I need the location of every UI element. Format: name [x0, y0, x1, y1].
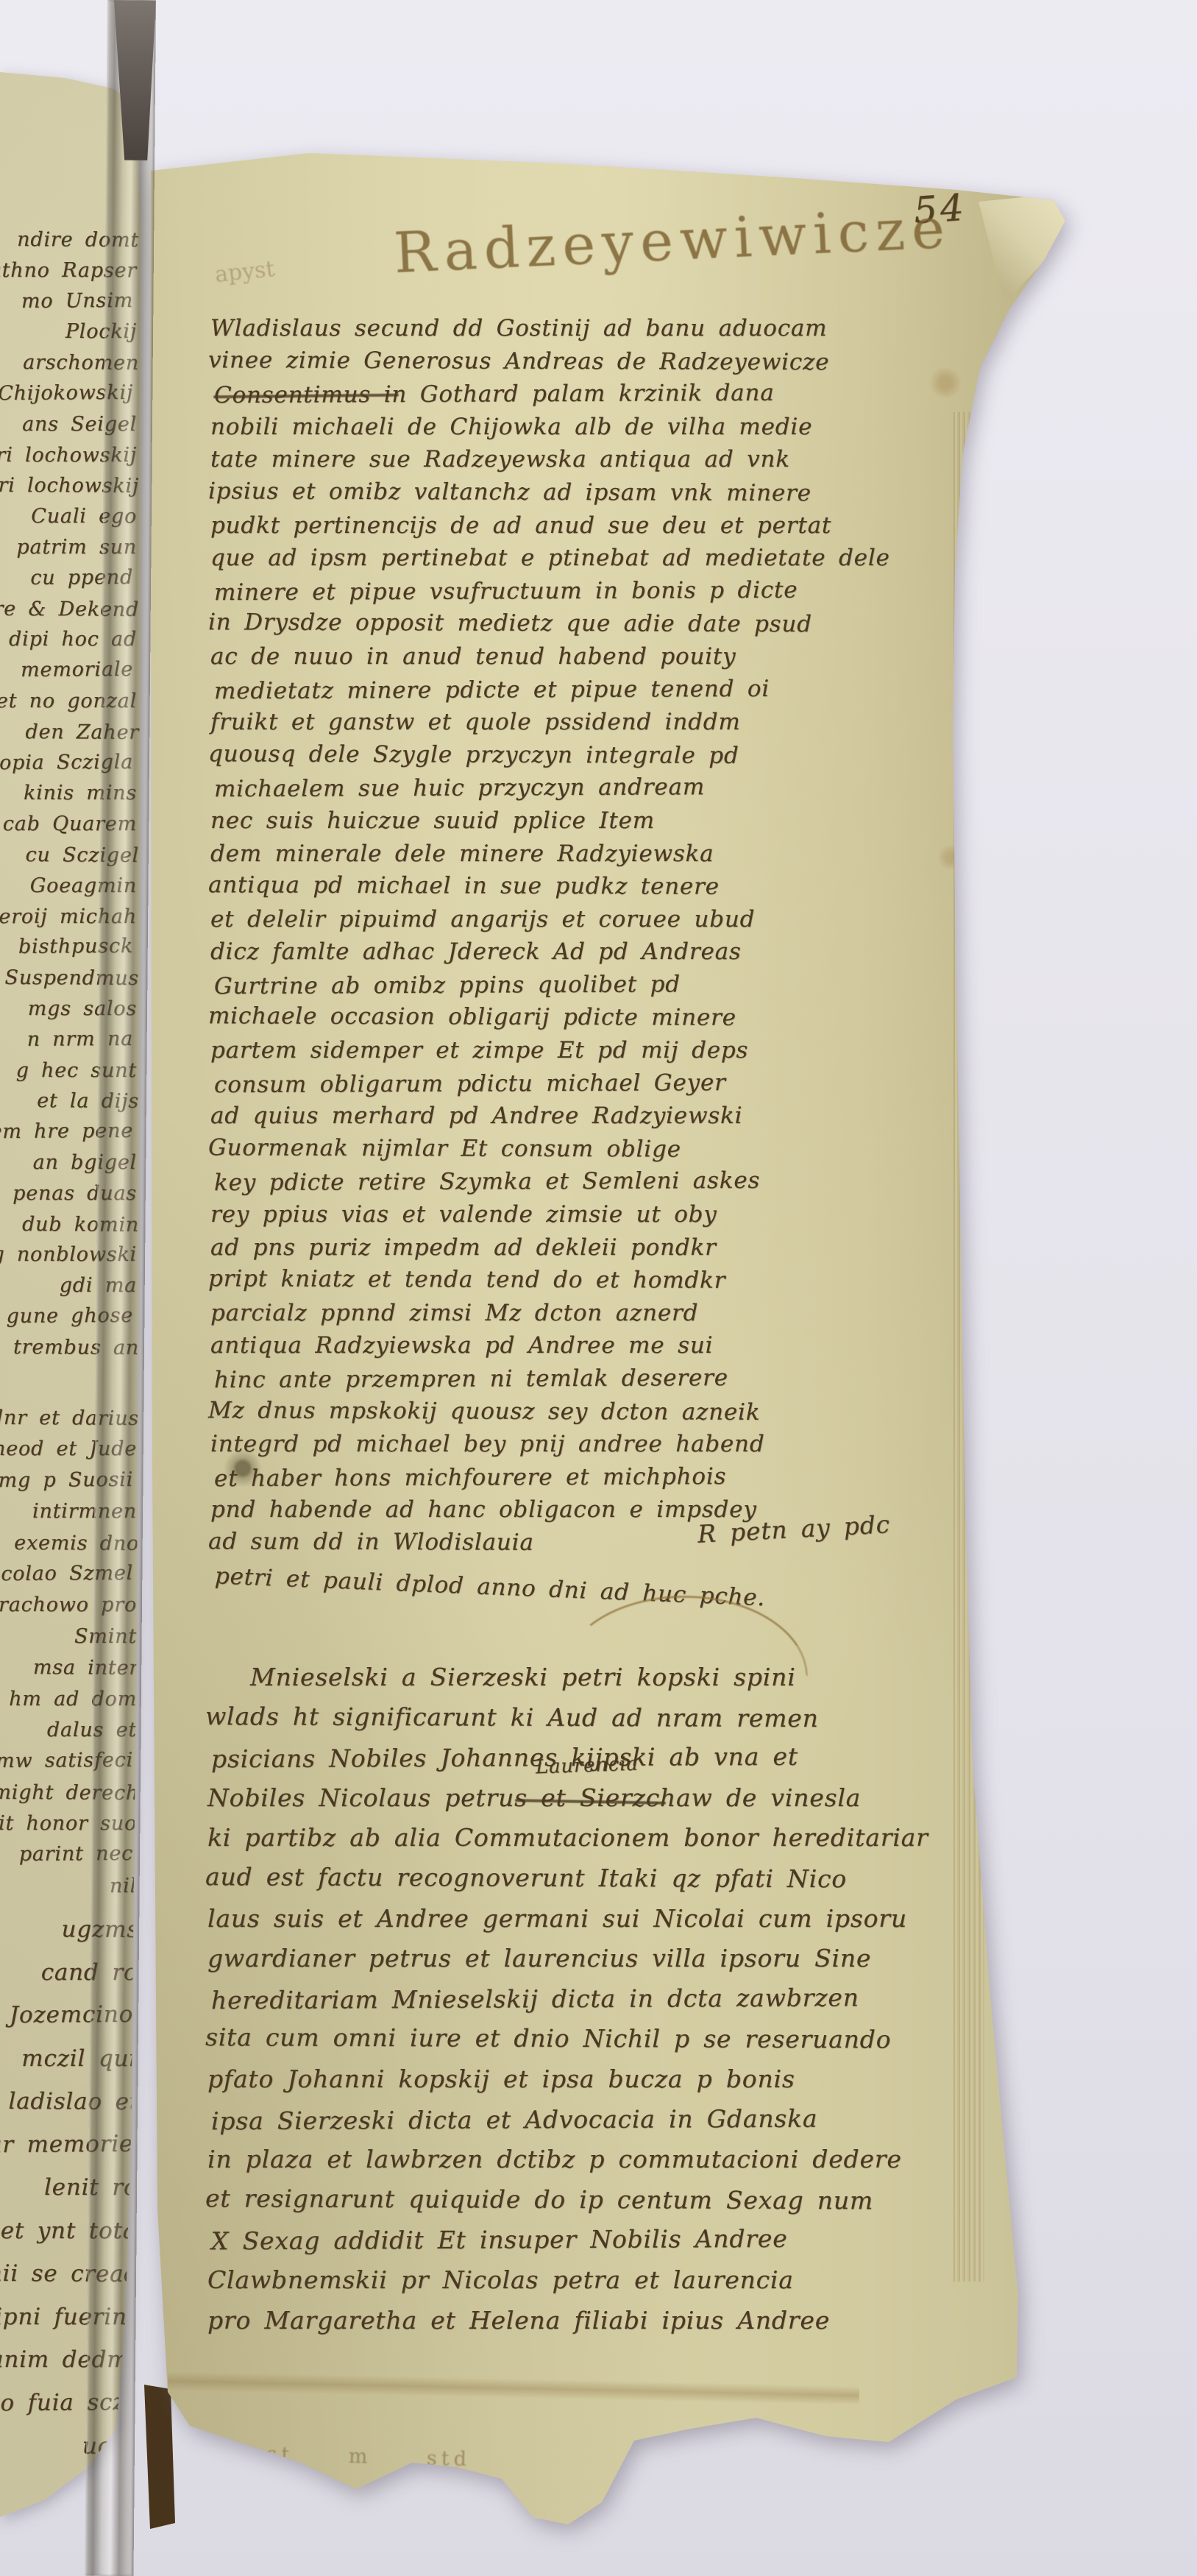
manuscript-text-line: minere et pipue vsufructuum in bonis p d…: [214, 573, 935, 609]
page-fold-crease: [168, 2371, 859, 2405]
section-heading: Radzeyewiwicze: [392, 195, 952, 286]
interlinear-insertion: Laurencia: [536, 1753, 639, 1779]
glass-rod-top-cap: [109, 0, 156, 160]
manuscript-text-line: laus suis et Andree germani sui Nicolai …: [207, 1899, 973, 1939]
manuscript-text-line: consum obligarum pdictu michael Geyer: [214, 1066, 935, 1102]
main-page-wrapper: 54 Radzeyewiwicze apyst Wladislaus secun…: [0, 0, 1197, 2576]
manuscript-text-line: hinc ante przempren ni temlak deserere: [214, 1361, 935, 1397]
paragraph-1: Wladislaus secund dd Gostinij ad banu ad…: [210, 312, 931, 1592]
manuscript-text-line: ad pns puriz impedm ad dekleii pondkr: [210, 1231, 931, 1264]
manuscript-text-line: que ad ipsm pertinebat e ptinebat ad med…: [210, 542, 931, 575]
manuscript-text-line: pro Margaretha et Helena filiabi ipius A…: [207, 2301, 973, 2341]
manuscript-text-line: michaele occasion obligarij pdicte miner…: [208, 1000, 929, 1036]
manuscript-text-line: medietatz minere pdicte et pipue tenend …: [214, 671, 935, 707]
manuscript-text-line: ipsa Sierzeski dicta et Advocacia in Gda…: [211, 2098, 976, 2141]
manuscript-page: 54 Radzeyewiwicze apyst Wladislaus secun…: [0, 0, 1197, 2576]
manuscript-text-line: et haber hons michfourere et michphois: [214, 1459, 935, 1496]
manuscript-text-line: Mnieselski a Sierzeski petri kopski spin…: [207, 1657, 973, 1698]
manuscript-text-line: Nobiles Nicolaus petrus et Sierzchaw de …: [207, 1778, 973, 1819]
manuscript-text-line: et delelir pipuimd angarijs et coruee ub…: [210, 903, 931, 936]
manuscript-text-line: petri et pauli dplod anno dni ad huc pch…: [210, 1560, 931, 1621]
manuscript-text-line: nobili michaeli de Chijowka alb de vilha…: [210, 411, 931, 444]
manuscript-text-line: fruikt et ganstw et quole pssidend inddm: [210, 706, 931, 739]
manuscript-text-line: ipsius et omibz valtanchz ad ipsam vnk m…: [208, 475, 929, 510]
manuscript-text-line: Mz dnus mpskokij quousz sey dcton azneik: [208, 1394, 929, 1429]
manuscript-text-line: wlads ht significarunt ki Aud ad nram re…: [205, 1696, 970, 1739]
manuscript-photo: { "appearance": { "background_color": "#…: [0, 0, 1197, 2576]
manuscript-text-line: vinee zimie Generosus Andreas de Radzeye…: [208, 344, 929, 379]
manuscript-text-line: tate minere sue Radzeyewska antiqua ad v…: [210, 443, 931, 476]
manuscript-text-line: pript kniatz et tenda tend do et homdkr: [208, 1263, 929, 1298]
torn-edge-text-remnant: pyst m std: [234, 2442, 472, 2471]
page-corner-curl: [978, 193, 1067, 303]
manuscript-text-line: partem sidemper et zimpe Et pd mij deps: [210, 1034, 931, 1067]
manuscript-text-line: Wladislaus secund dd Gostinij ad banu ad…: [210, 312, 931, 345]
manuscript-text-line: parcialz ppnnd zimsi Mz dcton aznerd: [210, 1297, 931, 1330]
manuscript-text-line: gwardianer petrus et laurencius villa ip…: [207, 1939, 973, 1979]
manuscript-text-line: quousq dele Szygle przyczyn integrale pd: [208, 737, 929, 773]
manuscript-text-line: X Sexag addidit Et insuper Nobilis Andre…: [211, 2218, 976, 2262]
margin-scribble: apyst: [213, 256, 276, 288]
manuscript-text-line: nec suis huiczue suuid pplice Item: [210, 804, 931, 838]
manuscript-text-line: pfato Johanni kopskij et ipsa bucza p bo…: [207, 2059, 973, 2100]
manuscript-text-line: Clawbnemskii pr Nicolas petra et laurenc…: [207, 2260, 973, 2301]
manuscript-text-line: integrd pd michael bey pnij andree haben…: [210, 1428, 931, 1461]
manuscript-text-line: michaelem sue huic przyczyn andream: [214, 770, 935, 806]
manuscript-text-line: aud est factu recognoverunt Itaki qz pfa…: [205, 1857, 970, 1900]
manuscript-text-line: Guormenak nijmlar Et consum oblige: [208, 1131, 929, 1167]
manuscript-text-line: ac de nuuo in anud tenud habend pouity: [210, 640, 931, 673]
manuscript-text-line: Gurtrine ab omibz ppins quolibet pd: [214, 967, 935, 1003]
manuscript-text-line: pudkt pertinencijs de ad anud sue deu et…: [210, 509, 931, 542]
manuscript-text-line: hereditariam Mnieselskij dicta in dcta z…: [211, 1977, 976, 2020]
manuscript-text-line: antiqua Radzyiewska pd Andree me sui: [210, 1329, 931, 1362]
manuscript-text-line: antiqua pd michael in sue pudkz tenere: [208, 868, 929, 904]
manuscript-text-line: rey ppius vias et valende zimsie ut oby: [210, 1198, 931, 1231]
manuscript-text-line: ad quius merhard pd Andree Radzyiewski: [210, 1100, 931, 1133]
manuscript-text-line: key pdicte retire Szymka et Semleni aske…: [214, 1164, 935, 1200]
manuscript-text-line: dem minerale dele minere Radzyiewska: [210, 838, 931, 871]
manuscript-text-line: dicz famlte adhac Jdereck Ad pd Andreas: [210, 935, 931, 969]
manuscript-text-line: in plaza et lawbrzen dctibz p commutacio…: [207, 2140, 973, 2180]
manuscript-text-line: et resignarunt quiquide do ip centum Sex…: [205, 2179, 970, 2221]
manuscript-text-line: in Drysdze opposit medietz que adie date…: [208, 606, 929, 642]
manuscript-text-line: sita cum omni iure et dnio Nichil p se r…: [205, 2018, 970, 2061]
manuscript-text-line: ki partibz ab alia Commutacionem bonor h…: [207, 1818, 973, 1858]
